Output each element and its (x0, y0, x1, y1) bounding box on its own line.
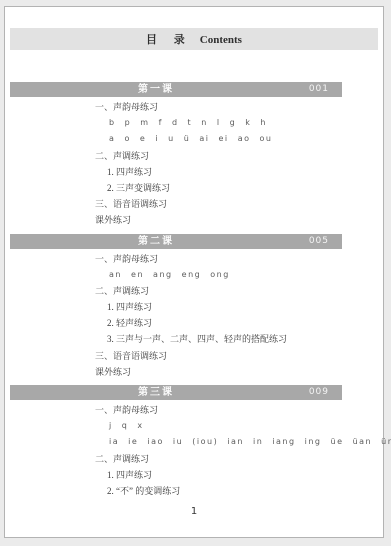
section-lesson-2: 第二课 005 一、声韵母练习 an en ang eng ong 二、声调练习… (5, 234, 383, 386)
toc-item-sub: 1. 四声练习 (5, 299, 383, 315)
toc-item: 一、声韵母练习 (5, 251, 383, 267)
toc-item: 三、语音语调练习 (5, 196, 383, 212)
toc-item-pinyin: a o e i u ü ai ei ao ou (5, 131, 383, 147)
toc-item-pinyin: j q x (5, 418, 383, 434)
section-header-bar: 第三课 009 (10, 385, 342, 400)
toc-item-pinyin: an en ang eng ong (5, 267, 383, 283)
section-lesson-1: 第一课 001 一、声韵母练习 b p m f d t n l g k h a … (5, 82, 383, 234)
toc-item: 二、声调练习 (5, 451, 383, 467)
toc-item-pinyin: b p m f d t n l g k h (5, 115, 383, 131)
toc-item: 课外练习 (5, 212, 383, 228)
toc-item: 一、声韵母练习 (5, 402, 383, 418)
toc-item: 三、语音语调练习 (5, 348, 383, 364)
toc-item-sub: 2. 轻声练习 (5, 315, 383, 331)
toc-item-sub: 2. “不” 的变调练习 (5, 483, 383, 499)
section-lesson-3: 第三课 009 一、声韵母练习 j q x ia ie iao iu (iou)… (5, 385, 383, 504)
contents-title-english: Contents (200, 34, 242, 46)
lesson-title: 第三课 (10, 385, 302, 400)
toc-item-sub: 1. 四声练习 (5, 467, 383, 483)
lesson-page-number: 009 (309, 385, 329, 400)
section-items: 一、声韵母练习 j q x ia ie iao iu (iou) ian in … (5, 400, 383, 504)
page-number: 1 (5, 506, 383, 517)
contents-title-chinese: 目 录 (146, 34, 192, 46)
lesson-title: 第二课 (10, 234, 302, 249)
toc-item: 课外练习 (5, 364, 383, 380)
document-page: 目 录 Contents 第一课 001 一、声韵母练习 b p m f d t… (4, 6, 384, 538)
toc-item: 一、声韵母练习 (5, 99, 383, 115)
toc-item: 二、声调练习 (5, 283, 383, 299)
toc-item-sub: 3. 三声与一声、二声、四声、轻声的搭配练习 (5, 331, 383, 347)
lesson-page-number: 005 (309, 234, 329, 249)
section-header-bar: 第二课 005 (10, 234, 342, 249)
toc-item-pinyin: ia ie iao iu (iou) ian in iang ing üe üa… (5, 434, 383, 450)
toc-item-sub: 1. 四声练习 (5, 164, 383, 180)
toc-item-sub: 2. 三声变调练习 (5, 180, 383, 196)
lesson-title: 第一课 (10, 82, 302, 97)
table-of-contents: 第一课 001 一、声韵母练习 b p m f d t n l g k h a … (5, 82, 383, 504)
section-header-bar: 第一课 001 (10, 82, 342, 97)
lesson-page-number: 001 (309, 82, 329, 97)
section-items: 一、声韵母练习 an en ang eng ong 二、声调练习 1. 四声练习… (5, 249, 383, 386)
section-items: 一、声韵母练习 b p m f d t n l g k h a o e i u … (5, 97, 383, 234)
toc-item: 二、声调练习 (5, 148, 383, 164)
contents-header: 目 录 Contents (10, 28, 378, 50)
